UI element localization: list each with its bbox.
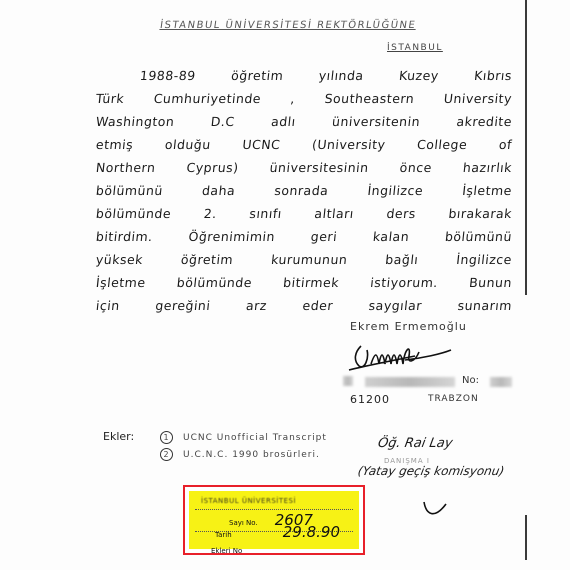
letter-word: (University — [311, 137, 386, 152]
letter-word: Kuzey — [398, 68, 439, 83]
postal-code: 61200 — [350, 393, 390, 406]
letter-word: sınıfı — [249, 206, 283, 221]
district: TRABZON — [428, 394, 479, 404]
letter-word: hazırlık — [462, 160, 513, 175]
letter-word: yılında — [318, 68, 364, 83]
letter-word: Washington — [95, 114, 175, 129]
letter-word: üniversitenin — [331, 114, 421, 129]
letter-word: ders — [386, 206, 417, 221]
letter-word: 2. — [203, 206, 218, 221]
letter-word: bölümünü — [95, 183, 163, 198]
letter-word: sunarım — [457, 298, 513, 313]
letter-word: bölümünde — [95, 206, 172, 221]
sender-name: Ekrem Ermemoğlu — [350, 320, 467, 333]
letter-word: için — [95, 298, 120, 313]
attachment-number: 2 — [160, 448, 173, 461]
letter-word: bağlı — [385, 252, 420, 267]
letter-word: eder — [302, 298, 334, 313]
letter-word: bitirdim. — [95, 229, 153, 244]
letter-word: sonrada — [274, 183, 330, 198]
letter-word: bitirmek — [282, 275, 339, 290]
signature-icon — [345, 338, 455, 374]
letter-word: altları — [314, 206, 355, 221]
letter-line: bölümünüdahasonradaİngilizceİşletme — [95, 183, 513, 198]
letter-word: gereğini — [155, 298, 212, 313]
letter-line: 1988-89öğretimyılındaKuzeyKıbrıs — [139, 68, 513, 83]
attachment-number: 1 — [160, 431, 173, 444]
attachment-text: UCNC Unofficial Transcript — [183, 433, 327, 443]
check-mark-icon — [420, 498, 450, 522]
letter-word: bırakarak — [448, 206, 513, 221]
letter-word: , — [290, 91, 296, 106]
scanned-document-page: İSTANBUL ÜNİVERSİTESİ REKTÖRLÜĞÜNE İSTAN… — [0, 0, 570, 570]
letter-word: arz — [245, 298, 267, 313]
letter-word: saygılar — [368, 298, 423, 313]
letter-word: Northern — [95, 160, 156, 175]
letter-line: bitirdim.Öğrenimimingerikalanbölümünü — [95, 229, 513, 244]
letter-line: içingereğiniarzedersaygılarsunarım — [95, 298, 513, 313]
letter-word: yüksek — [95, 252, 144, 267]
letter-line: bölümünde2.sınıfıaltlarıdersbırakarak — [95, 206, 513, 221]
letter-word: Öğrenimimin — [188, 229, 276, 244]
attachment-item: 2U.C.N.C. 1990 brosürleri. — [160, 448, 320, 461]
letter-word: üniversitesinin — [269, 160, 370, 175]
letter-word: Bunun — [468, 275, 512, 290]
letter-word: Türk — [95, 91, 125, 106]
letter-word: geri — [310, 229, 338, 244]
letter-word: İngilizce — [367, 183, 424, 198]
letter-line: WashingtonD.Cadlıüniversiteninakredite — [95, 114, 513, 129]
letter-word: önce — [399, 160, 433, 175]
letter-line: NorthernCyprus)üniversitesininöncehazırl… — [95, 160, 513, 175]
city-heading: İSTANBUL — [387, 43, 443, 53]
redacted-address — [365, 377, 455, 387]
letter-line: etmişolduğuUCNC(UniversityCollegeof — [95, 137, 513, 152]
approval-note: Öğ. Rai Lay DANIŞMA I (Yatay geçiş komis… — [360, 430, 520, 530]
stamp-header: İSTANBUL ÜNİVERSİTESİ — [201, 497, 296, 505]
letter-word: kurumunun — [270, 252, 348, 267]
letter-line: yükseköğretimkurumununbağlıİngilizce — [95, 252, 513, 267]
letter-word: Cyprus) — [186, 160, 240, 175]
letter-word: bölümünde — [176, 275, 253, 290]
letter-line: TürkCumhuriyetinde,SoutheasternUniversit… — [95, 91, 513, 106]
redacted-address-number — [490, 377, 512, 387]
addressee-heading: İSTANBUL ÜNİVERSİTESİ REKTÖRLÜĞÜNE — [159, 20, 417, 31]
stamp-field-attachments: Ekleri No — [211, 538, 242, 557]
letter-word: İngilizce — [456, 252, 513, 267]
page-edge-line — [525, 0, 527, 295]
attachments-label: Ekler: — [103, 430, 134, 443]
highlighted-registry-stamp: İSTANBUL ÜNİVERSİTESİ Sayı No. 2607 Tari… — [183, 485, 365, 555]
letter-word: akredite — [456, 114, 513, 129]
letter-word: öğretim — [180, 252, 234, 267]
letter-word: bölümünü — [444, 229, 512, 244]
letter-word: istiyorum. — [370, 275, 439, 290]
letter-word: daha — [201, 183, 236, 198]
letter-word: UCNC — [242, 137, 282, 152]
letter-word: etmiş — [95, 137, 134, 152]
page-edge-line-bottom — [525, 515, 527, 560]
letter-word: kalan — [372, 229, 410, 244]
letter-word: olduğu — [164, 137, 211, 152]
approval-line-2: (Yatay geçiş komisyonu) — [357, 464, 506, 478]
letter-line: İşletmebölümündebitirmekistiyorum.Bunun — [95, 275, 513, 290]
letter-word: Cumhuriyetinde — [153, 91, 262, 106]
attachment-text: U.C.N.C. 1990 brosürleri. — [183, 450, 320, 460]
approval-line-1: Öğ. Rai Lay — [377, 436, 454, 451]
letter-word: 1988-89 — [139, 68, 196, 83]
letter-word: Southeastern — [324, 91, 415, 106]
letter-word: İşletme — [95, 275, 146, 290]
registry-stamp: İSTANBUL ÜNİVERSİTESİ Sayı No. 2607 Tari… — [189, 491, 359, 549]
redacted-address-part — [343, 376, 353, 386]
letter-word: öğretim — [230, 68, 284, 83]
letter-word: College — [416, 137, 468, 152]
letter-word: adlı — [270, 114, 296, 129]
attachment-item: 1UCNC Unofficial Transcript — [160, 431, 327, 444]
letter-word: D.C — [210, 114, 235, 129]
letter-word: Kıbrıs — [473, 68, 512, 83]
letter-word: İşletme — [462, 183, 513, 198]
address-suffix: No: — [462, 375, 479, 386]
letter-word: University — [443, 91, 513, 106]
letter-word: of — [498, 137, 513, 152]
